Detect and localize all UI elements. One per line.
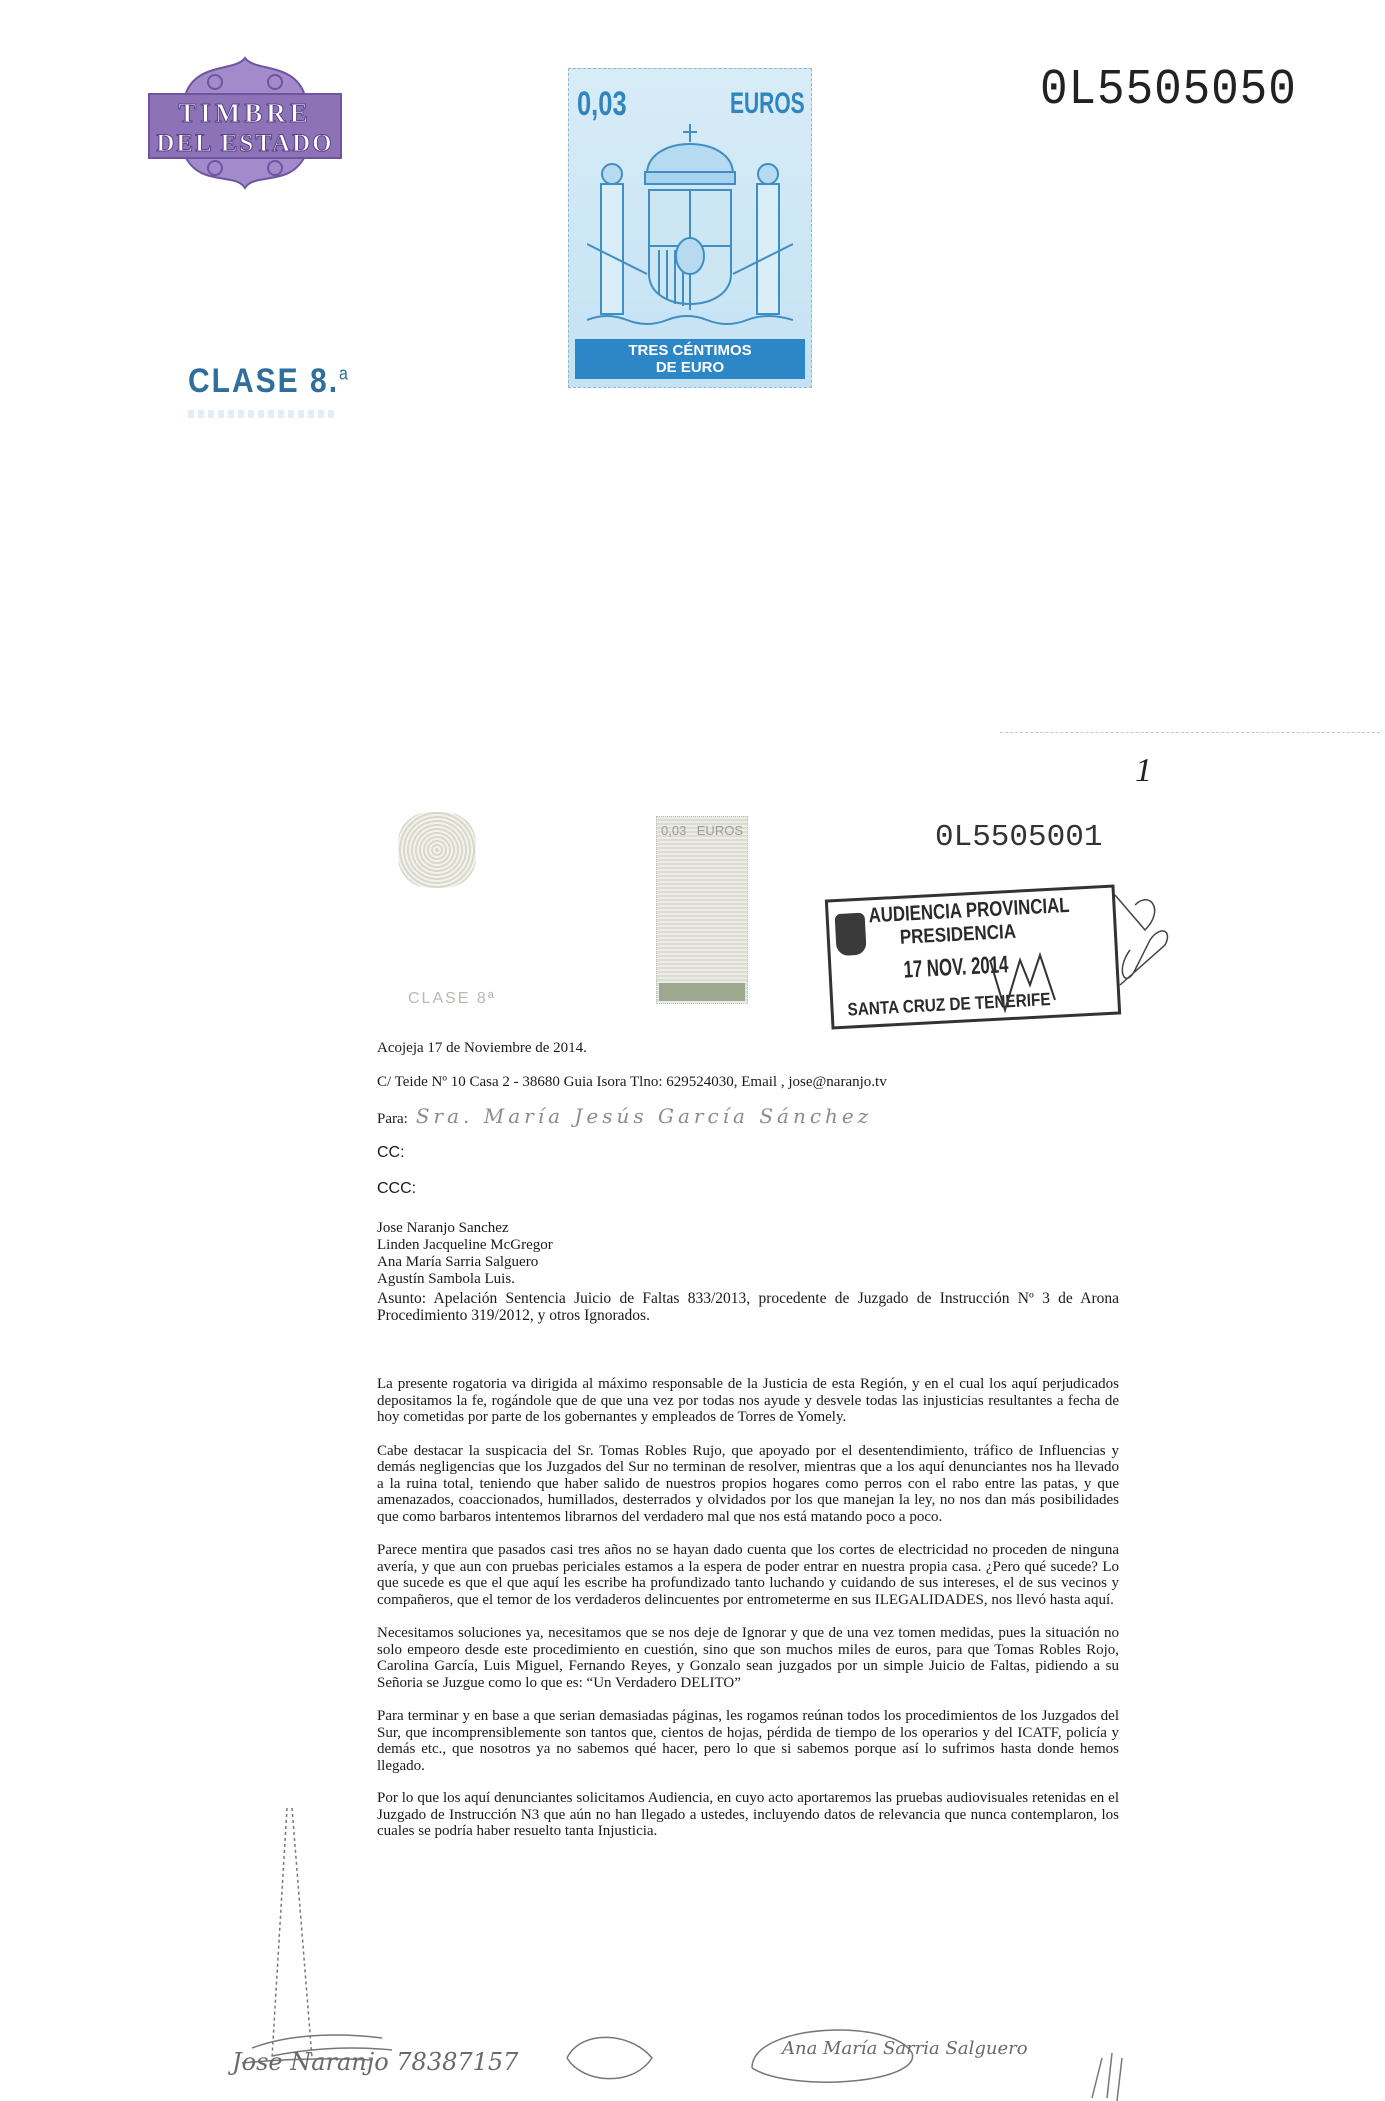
sender-address: C/ Teide Nº 10 Casa 2 - 38680 Guia Isora…: [377, 1074, 887, 1091]
svg-text:TIMBRE: TIMBRE: [178, 98, 312, 128]
faded-stamp-currency: EUROS: [697, 823, 743, 838]
stamp-band-line-1: TRES CÉNTIMOS: [575, 342, 805, 359]
paragraph: La presente rogatoria va dirigida al máx…: [377, 1376, 1119, 1426]
folio-signature-icon: [1105, 890, 1175, 1000]
sender-name: Jose Naranjo Sanchez: [377, 1220, 553, 1237]
scanned-page-edge: [1000, 732, 1380, 733]
letter-paragraphs: La presente rogatoria va dirigida al máx…: [377, 1376, 1119, 1857]
paragraph: Para terminar y en base a que serian dem…: [377, 1708, 1119, 1774]
subject-line: Asunto: Apelación Sentencia Juicio de Fa…: [377, 1290, 1119, 1324]
faded-clase-label: CLASE 8ª: [408, 990, 496, 1008]
sender-name: Linden Jacqueline McGregor: [377, 1237, 553, 1254]
clase-superscript: a: [339, 364, 350, 384]
paragraph: Necesitamos soluciones ya, necesitamos q…: [377, 1625, 1119, 1691]
sender-name: Ana María Sarria Salguero: [377, 1254, 553, 1271]
scanned-serial-number: 0L5505001: [935, 820, 1102, 855]
cc-label: CC:: [377, 1144, 405, 1161]
ornament-icon: TIMBRE DEL ESTADO: [145, 52, 345, 192]
coat-of-arms-icon: [835, 913, 867, 957]
recipient-label: Para:: [377, 1111, 408, 1127]
court-received-stamp: AUDIENCIA PROVINCIAL PRESIDENCIA 17 NOV.…: [825, 885, 1121, 1030]
stamp-value: 0,03: [577, 85, 627, 124]
faded-stamp-value: 0,03: [661, 823, 686, 838]
folio-mark: 1: [1135, 752, 1152, 790]
recipient-handwritten: Sra. María Jesús García Sánchez: [416, 1104, 872, 1128]
svg-text:DEL ESTADO: DEL ESTADO: [156, 130, 333, 157]
sender-name: Agustín Sambola Luis.: [377, 1271, 553, 1288]
clase-label: CLASE 8.a: [188, 362, 350, 401]
timbre-del-estado-seal: TIMBRE DEL ESTADO: [145, 52, 345, 192]
fiscal-stamp: 0,03 EUROS TRES CÉNTIMOS DE EURO: [568, 68, 812, 388]
faded-timbre-seal: [398, 812, 476, 888]
initials-signature-icon: [985, 940, 1065, 1020]
handwritten-signature: Jose Naranjo 78387157: [232, 2048, 518, 2076]
recipient-line: Para:Sra. María Jesús García Sánchez: [377, 1108, 872, 1128]
stamp-value-in-words: TRES CÉNTIMOS DE EURO: [575, 339, 805, 379]
faded-fiscal-stamp: 0,03 EUROS: [656, 816, 748, 1004]
clase-text: CLASE 8.: [188, 362, 339, 400]
sender-list: Jose Naranjo Sanchez Linden Jacqueline M…: [377, 1220, 553, 1288]
stamp-band-line-2: DE EURO: [575, 359, 805, 376]
stamp-currency: EUROS: [730, 87, 805, 121]
faded-stamp-band: [659, 983, 745, 1001]
serial-number: 0L5505050: [1040, 62, 1297, 119]
ccc-label: CCC:: [377, 1180, 416, 1197]
place-and-date: Acojeja 17 de Noviembre de 2014.: [377, 1040, 587, 1057]
signature-area: Jose Naranjo 78387157 Ana María Sarria S…: [232, 1808, 1162, 2101]
handwritten-signature: Ana María Sarria Salguero: [782, 2038, 1028, 2059]
paragraph: Parece mentira que pasados casi tres año…: [377, 1542, 1119, 1608]
coat-of-arms-icon: [587, 124, 793, 334]
clase-microprint: [188, 410, 338, 418]
paragraph: Cabe destacar la suspicacia del Sr. Toma…: [377, 1443, 1119, 1526]
